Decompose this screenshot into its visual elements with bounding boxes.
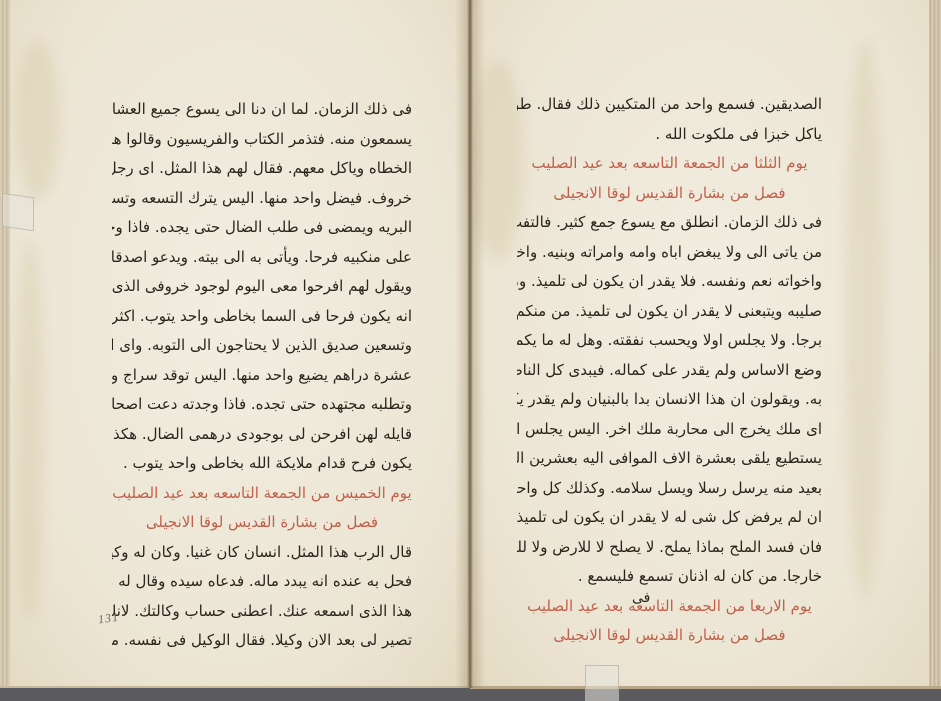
text-line: فى ذلك الزمان. لما ان دنا الى يسوع جميع … (112, 95, 412, 125)
text-line: اى ملك يخرج الى محاربة ملك اخر. اليس يجل… (517, 415, 822, 445)
text-line: به. ويقولون ان هذا الانسان بدا بالبنيان … (517, 385, 822, 415)
text-line: يكون فرح قدام ملايكة الله بخاطى واحد يتو… (112, 449, 412, 479)
text-line: فحل به عنده انه يبدد ماله. فدعاه سيده وق… (112, 567, 412, 597)
text-line: يستطيع يلقى بعشرة الاف الموافى اليه بعشر… (517, 444, 822, 474)
book-gutter (455, 0, 485, 688)
text-line: خارجا. من كان له اذنان تسمع فليسمع . (517, 562, 822, 592)
text-line: فان فسد الملح بماذا يملح. لا يصلح لا للا… (517, 533, 822, 563)
rubric-heading: فصل من بشارة القديس لوقا الانجيلى (112, 508, 412, 538)
folio-number: 131 (97, 610, 120, 628)
manuscript-spread: فى ذلك الزمان. لما ان دنا الى يسوع جميع … (0, 0, 941, 688)
text-line: قايله لهن افرحن لى بوجودى درهمى الضال. ه… (112, 420, 412, 450)
paper-tab-marker (585, 665, 619, 701)
text-line: من ياتى الى ولا يبغض اباه وامه وامراته و… (517, 238, 822, 268)
paper-tab-marker (2, 193, 34, 231)
text-line: هذا الذى اسمعه عنك. اعطنى حساب وكالتك. ل… (112, 597, 412, 627)
text-line: الخطاه وياكل معهم. فقال لهم هذا المثل. ا… (112, 154, 412, 184)
text-line: انه يكون فرحا فى السما بخاطى واحد يتوب. … (112, 302, 412, 332)
text-line: ويقول لهم افرحوا معى اليوم لوجود خروفى ا… (112, 272, 412, 302)
water-stain (845, 40, 885, 600)
left-page: فى ذلك الزمان. لما ان دنا الى يسوع جميع … (0, 0, 468, 688)
text-line: يسمعون منه. فتذمر الكتاب والفريسيون وقال… (112, 125, 412, 155)
rubric-heading: فصل من بشارة القديس لوقا الانجيلى (517, 621, 822, 651)
rubric-heading: يوم الاربعا من الجمعة التاسعه بعد عيد ال… (517, 592, 822, 622)
text-line: الصديقين. فسمع واحد من المتكيين ذلك فقال… (517, 90, 822, 120)
text-line: خروف. فيضل واحد منها. اليس يترك التسعه و… (112, 184, 412, 214)
rubric-heading: فصل من بشارة القديس لوقا الانجيلى (517, 179, 822, 209)
left-text-block: فى ذلك الزمان. لما ان دنا الى يسوع جميع … (112, 95, 412, 656)
text-line: برجا. ولا يجلس اولا ويحسب نفقته. وهل له … (517, 326, 822, 356)
text-line: ان لم يرفض كل شى له لا يقدر ان يكون لى ت… (517, 503, 822, 533)
rubric-heading: يوم الخميس من الجمعة التاسعه بعد عيد الص… (112, 479, 412, 509)
rubric-heading: يوم الثلثا من الجمعة التاسعه بعد عيد الص… (517, 149, 822, 179)
text-line: على منكبيه فرحا. ويأتى به الى بيته. ويدع… (112, 243, 412, 273)
right-text-block: الصديقين. فسمع واحد من المتكيين ذلك فقال… (517, 90, 822, 651)
catchword: فى (632, 590, 650, 606)
text-line: وتطلبه مجتهده حتى تجده. فاذا وجدته دعت ا… (112, 390, 412, 420)
text-line: البريه ويمضى فى طلب الضال حتى يجده. فاذا… (112, 213, 412, 243)
water-stain (15, 40, 60, 200)
text-line: قال الرب هذا المثل. انسان كان غنيا. وكان… (112, 538, 412, 568)
text-line: بعيد منه يرسل رسلا ويسل سلامه. وكذلك كل … (517, 474, 822, 504)
text-line: ياكل خبزا فى ملكوت الله . (517, 120, 822, 150)
text-line: وتسعين صديق الذين لا يحتاجون الى التوبه.… (112, 331, 412, 361)
text-line: وضع الاساس ولم يقدر على كماله. فيبدى كل … (517, 356, 822, 386)
text-line: صليبه ويتبعنى لا يقدر ان يكون لى تلميذ. … (517, 297, 822, 327)
page-edges-right (929, 0, 941, 686)
text-line: عشرة دراهم يضيع واحد منها. اليس توقد سرا… (112, 361, 412, 391)
water-stain (15, 240, 45, 620)
text-line: واخواته نعم ونفسه. فلا يقدر ان يكون لى ت… (517, 267, 822, 297)
page-edges-left (0, 0, 10, 686)
text-line: فى ذلك الزمان. انطلق مع يسوع جمع كثير. ف… (517, 208, 822, 238)
text-line: تصير لى بعد الان وكيلا. فقال الوكيل فى ن… (112, 626, 412, 656)
right-page: الصديقين. فسمع واحد من المتكيين ذلك فقال… (470, 0, 941, 689)
